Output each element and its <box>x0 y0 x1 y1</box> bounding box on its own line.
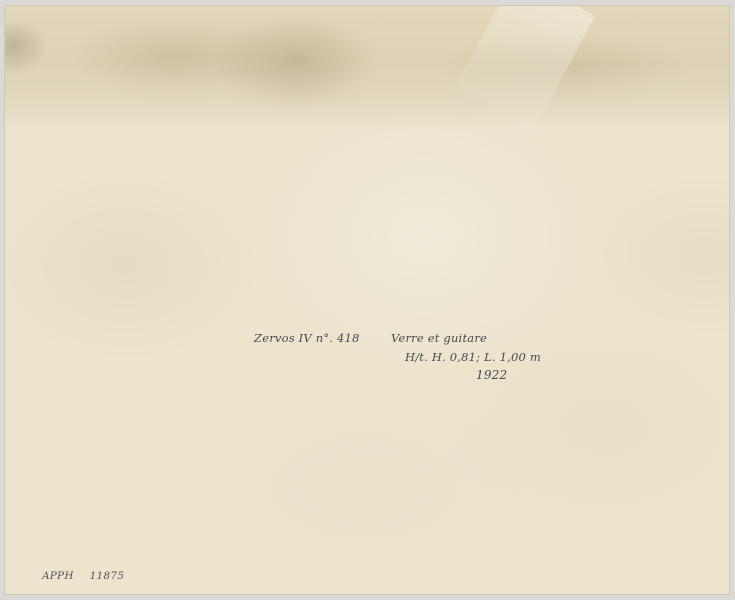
archive-number: 11875 <box>90 570 124 582</box>
scan-background: Zervos IV n°. 418 Verre et guitare H/t. … <box>0 0 735 600</box>
archive-inscription: APPH11875 <box>42 570 124 582</box>
artwork-dimensions: H/t. H. 0,81; L. 1,00 m <box>405 350 541 364</box>
photo-verso-paper <box>5 6 729 594</box>
artwork-year: 1922 <box>476 368 507 382</box>
catalogue-reference: Zervos IV n°. 418 <box>254 331 360 345</box>
artwork-title: Verre et guitare <box>391 331 487 345</box>
archive-label: APPH <box>42 570 74 582</box>
paper-mottling <box>5 6 729 594</box>
